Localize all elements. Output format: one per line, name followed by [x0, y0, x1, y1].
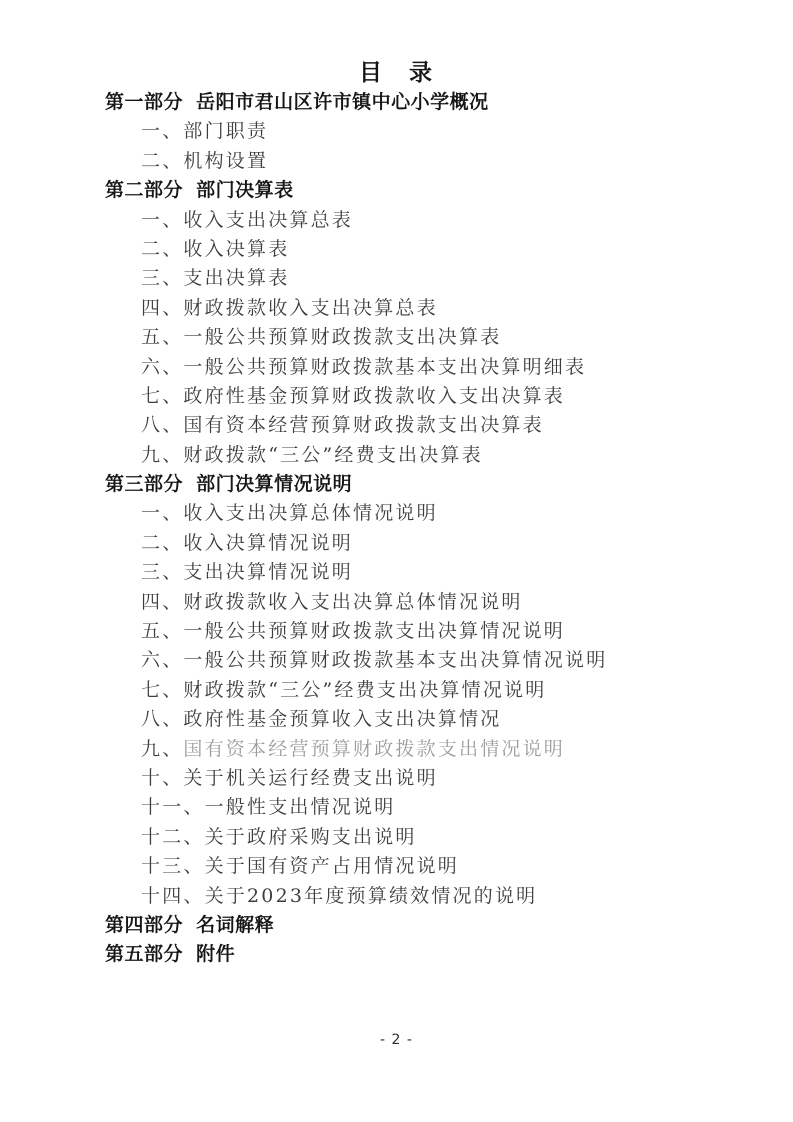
toc-item: 六、一般公共预算财政拨款基本支出决算情况说明 [0, 646, 793, 675]
toc-item: 二、收入决算情况说明 [0, 529, 793, 558]
toc-item: 一、收入支出决算总体情况说明 [0, 499, 793, 528]
toc-item: 一、收入支出决算总表 [0, 206, 793, 235]
toc-item: 八、政府性基金预算收入支出决算情况 [0, 705, 793, 734]
toc-item: 三、支出决算情况说明 [0, 558, 793, 587]
toc-item: 六、一般公共预算财政拨款基本支出决算明细表 [0, 353, 793, 382]
table-of-contents: 第一部分 岳阳市君山区许市镇中心小学概况一、部门职责二、机构设置第二部分 部门决… [0, 88, 793, 970]
toc-item: 四、财政拨款收入支出决算总体情况说明 [0, 588, 793, 617]
toc-item: 三、支出决算表 [0, 264, 793, 293]
toc-item-number: 九、 [141, 738, 183, 760]
toc-item: 十一、一般性支出情况说明 [0, 793, 793, 822]
toc-item: 五、一般公共预算财政拨款支出决算表 [0, 323, 793, 352]
toc-section-heading: 第一部分 岳阳市君山区许市镇中心小学概况 [0, 88, 793, 117]
toc-item: 七、财政拨款“三公”经费支出决算情况说明 [0, 676, 793, 705]
toc-item: 五、一般公共预算财政拨款支出决算情况说明 [0, 617, 793, 646]
toc-section-heading: 第三部分 部门决算情况说明 [0, 470, 793, 499]
toc-item: 十二、关于政府采购支出说明 [0, 823, 793, 852]
page-title: 目 录 [0, 54, 793, 87]
toc-section-heading: 第四部分 名词解释 [0, 911, 793, 940]
document-page: 目 录 第一部分 岳阳市君山区许市镇中心小学概况一、部门职责二、机构设置第二部分… [0, 0, 793, 1122]
toc-section-heading: 第五部分 附件 [0, 940, 793, 969]
page-number: - 2 - [0, 1032, 793, 1048]
toc-item: 二、收入决算表 [0, 235, 793, 264]
toc-item: 二、机构设置 [0, 147, 793, 176]
toc-item: 十、关于机关运行经费支出说明 [0, 764, 793, 793]
toc-item: 九、财政拨款“三公”经费支出决算表 [0, 441, 793, 470]
toc-item: 九、国有资本经营预算财政拨款支出情况说明 [0, 735, 793, 764]
toc-section-heading: 第二部分 部门决算表 [0, 176, 793, 205]
toc-item: 四、财政拨款收入支出决算总表 [0, 294, 793, 323]
toc-item: 七、政府性基金预算财政拨款收入支出决算表 [0, 382, 793, 411]
toc-item: 十三、关于国有资产占用情况说明 [0, 852, 793, 881]
toc-item: 八、国有资本经营预算财政拨款支出决算表 [0, 411, 793, 440]
toc-item: 十四、关于2023年度预算绩效情况的说明 [0, 882, 793, 911]
toc-item-label: 国有资本经营预算财政拨款支出情况说明 [183, 738, 565, 760]
toc-item: 一、部门职责 [0, 117, 793, 146]
